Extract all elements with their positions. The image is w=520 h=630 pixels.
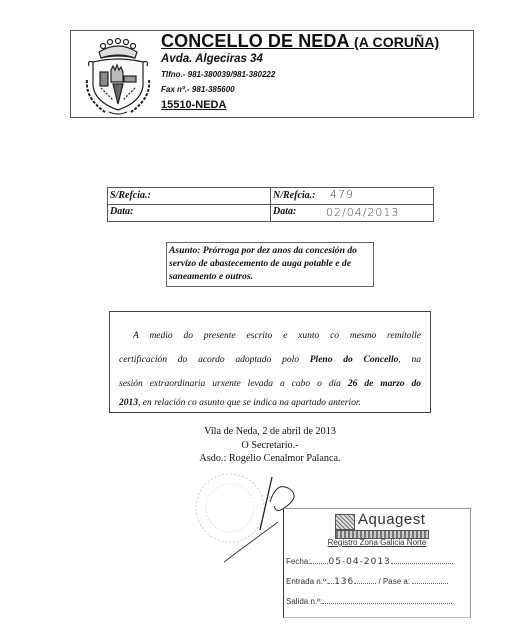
s-data-label: Data: bbox=[110, 206, 133, 217]
subject-box: Asunto: Prórroga por dez anos da concesi… bbox=[166, 242, 374, 287]
signer-name: Asdo.: Rogelio Cenalmor Palanca. bbox=[120, 453, 420, 464]
divider bbox=[108, 204, 433, 205]
stamp-salida-row: Salida n.º: bbox=[286, 595, 452, 606]
phone: Tlfno.- 981-380039/981-380222 bbox=[161, 70, 275, 79]
stamp-brand: Aquagest bbox=[358, 511, 425, 528]
coat-of-arms-icon bbox=[77, 34, 159, 116]
fax: Fax nº.- 981-385600 bbox=[161, 85, 235, 94]
stamp-registry: Registro Zona Galicia Norte bbox=[284, 538, 470, 547]
signer-role: O Secretario.- bbox=[120, 440, 420, 451]
n-refcia-value: 479 bbox=[330, 188, 354, 201]
aquagest-logo-icon bbox=[335, 514, 355, 530]
place-date: Vila de Neda, 2 de abril de 2013 bbox=[120, 426, 420, 437]
body-paragraph: A medio do presente escrito e xunto co m… bbox=[109, 311, 431, 413]
letterhead: CONCELLO DE NEDA (A CORUÑA) Avda. Algeci… bbox=[70, 30, 474, 118]
body-line: 2013, en relación co asunto que se indic… bbox=[119, 398, 421, 408]
body-line: certificación do acordo adoptado polo Pl… bbox=[119, 355, 421, 365]
stamp-fecha-row: Fecha:05-04-2013 bbox=[286, 555, 453, 567]
body-line: A medio do presente escrito e xunto co m… bbox=[133, 331, 421, 341]
s-refcia-label: S/Refcia.: bbox=[110, 190, 151, 201]
n-data-value: 02/04/2013 bbox=[326, 206, 399, 219]
stamp-entrada-row: Entrada n.º:136 / Pase a: bbox=[286, 575, 448, 587]
reference-table: S/Refcia.: Data: N/Refcia.: 479 Data: 02… bbox=[107, 187, 434, 222]
body-line: sesión extraordinaria urxente levada a c… bbox=[119, 379, 421, 389]
postal-code: 15510-NEDA bbox=[161, 99, 226, 111]
address: Avda. Algeciras 34 bbox=[161, 53, 263, 65]
n-data-label: Data: bbox=[273, 206, 296, 217]
registry-stamp: Aquagest Registro Zona Galicia Norte Fec… bbox=[283, 508, 471, 618]
organization-title: CONCELLO DE NEDA (A CORUÑA) bbox=[161, 31, 439, 52]
subject-label: Asunto: bbox=[169, 245, 200, 256]
n-refcia-label: N/Refcia.: bbox=[273, 190, 316, 201]
